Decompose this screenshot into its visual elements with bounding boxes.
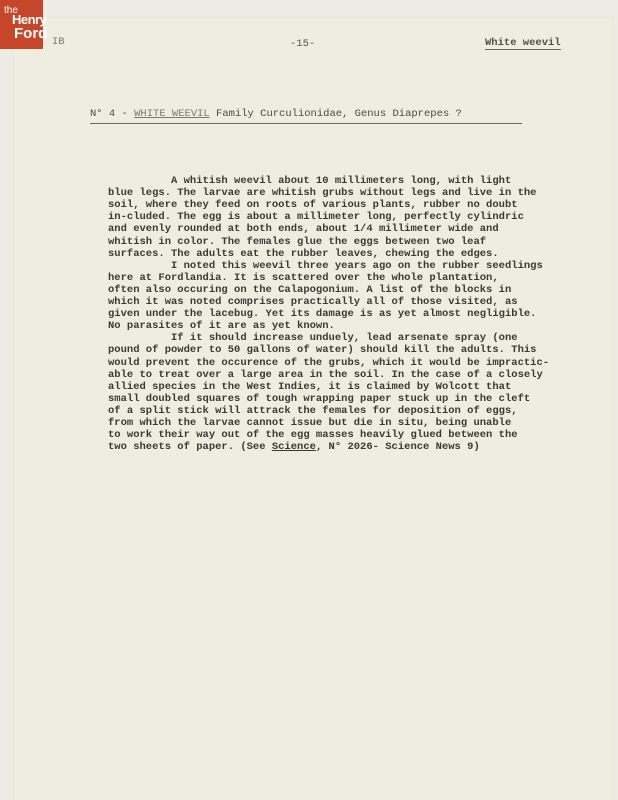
- body-line: in-cluded. The egg is about a millimeter…: [108, 211, 568, 223]
- body-line: small doubled squares of tough wrapping …: [108, 393, 568, 405]
- body-line: No parasites of it are as yet known.: [108, 320, 568, 332]
- body-line: A whitish weevil about 10 millimeters lo…: [108, 175, 568, 187]
- body-line: blue legs. The larvae are whitish grubs …: [108, 187, 568, 199]
- body-line: soil, where they feed on roots of variou…: [108, 199, 568, 211]
- body-line: surfaces. The adults eat the rubber leav…: [108, 248, 568, 260]
- header-left-code: IB: [52, 36, 65, 48]
- title-name: WHITE WEEVIL: [134, 108, 210, 120]
- body-line: pound of powder to 50 gallons of water) …: [108, 344, 568, 356]
- title-prefix: N° 4 -: [90, 108, 134, 120]
- body-line: If it should increase unduely, lead arse…: [108, 332, 568, 344]
- citation-before: two sheets of paper. (See: [108, 441, 272, 453]
- body-line: would prevent the occurence of the grubs…: [108, 357, 568, 369]
- body-line: I noted this weevil three years ago on t…: [108, 260, 568, 272]
- body-line: given under the lacebug. Yet its damage …: [108, 308, 568, 320]
- title-rest: Family Curculionidae, Genus Diaprepes ?: [210, 108, 462, 120]
- body-line: allied species in the West Indies, it is…: [108, 381, 568, 393]
- body-line: from which the larvae cannot issue but d…: [108, 417, 568, 429]
- body-line: whitish in color. The females glue the e…: [108, 236, 568, 248]
- body-line-last: two sheets of paper. (See Science, N° 20…: [108, 441, 568, 453]
- body-line: here at Fordlandia. It is scattered over…: [108, 272, 568, 284]
- section-title: N° 4 - WHITE WEEVIL Family Curculionidae…: [90, 108, 462, 120]
- header-running-title: White weevil: [485, 37, 561, 50]
- body-line: of a split stick will attrack the female…: [108, 405, 568, 417]
- logo-ford: Ford: [14, 26, 47, 41]
- page-number: -15-: [290, 38, 315, 50]
- title-underline-rule: [90, 123, 522, 124]
- body-line: and evenly rounded at both ends, about 1…: [108, 223, 568, 235]
- body-line: often also occuring on the Calapogonium.…: [108, 284, 568, 296]
- citation-journal: Science: [272, 441, 316, 453]
- citation-after: , N° 2026- Science News 9): [316, 441, 480, 453]
- body-line: able to treat over a large area in the s…: [108, 369, 568, 381]
- body-line: to work their way out of the egg masses …: [108, 429, 568, 441]
- henry-ford-logo: the Henry Ford: [0, 0, 43, 49]
- body-line: which it was noted comprises practically…: [108, 296, 568, 308]
- body-text: A whitish weevil about 10 millimeters lo…: [108, 163, 568, 465]
